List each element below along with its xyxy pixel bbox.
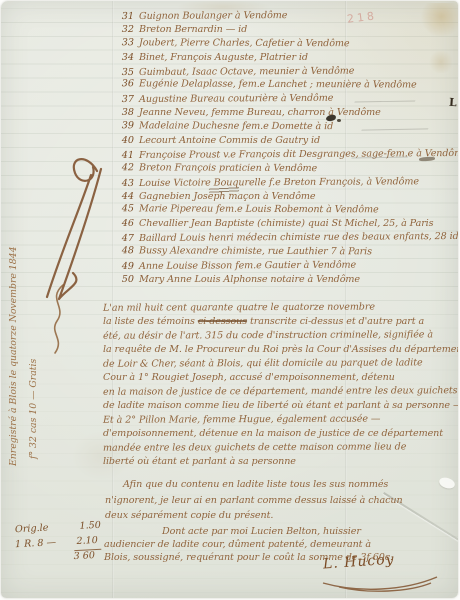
closing-line: Dont acte par moi Lucien Belton, huissie…	[162, 525, 393, 538]
deed-line: Cour à 1° Rougiet Joseph, accusé d'empoi…	[103, 371, 455, 385]
pencil-annotation	[351, 153, 410, 159]
witness-text: Guignon Boulanger à Vendôme	[139, 10, 287, 22]
witness-text: Bussy Alexandre chimiste, rue Lauthier 7…	[139, 245, 372, 257]
signature-flourish-icon	[319, 567, 449, 593]
witness-number: 37	[117, 94, 134, 105]
deed-paragraph: L'an mil huit cent quarante quatre le qu…	[103, 301, 455, 469]
witness-entry: 46 Chevallier Jean Baptiste (chimiste) q…	[117, 218, 458, 232]
witness-text: Breton Bernardin — id	[139, 24, 247, 35]
witness-number: 36	[117, 79, 134, 90]
witness-text: Madelaine Duchesne fem.e Domette à id	[139, 120, 333, 132]
deed-text: la liste des témoins	[103, 316, 198, 327]
service-line: n'ignorent, je leur ai en parlant comme …	[105, 493, 403, 509]
deed-line: d'empoisonnement, détenue en la maison d…	[103, 427, 455, 441]
witness-entry: 33 Joubert, Pierre Charles, Cafetier à V…	[117, 37, 458, 52]
witness-text: Joubert, Pierre Charles, Cafetier à Vend…	[139, 37, 349, 49]
deed-line: Et à 2° Pillon Marie, femme Hugue, égale…	[103, 412, 455, 428]
witness-entry: 40 Lecourt Antoine Commis de Gautry id	[117, 135, 458, 149]
witness-number: 31	[117, 11, 134, 22]
witness-entry: 44 Gagnebien Joseph maçon à Vendôme	[117, 191, 458, 205]
witness-number: 32	[117, 24, 134, 35]
witness-text: Eugénie Delaplasse, fem.e Lanchet ; meun…	[139, 79, 417, 91]
witness-number: 35	[117, 67, 134, 78]
deed-line: en la maison de justice de ce départemen…	[103, 384, 455, 400]
deed-line-with-strikeout: la liste des témoins ci-dessous transcri…	[103, 315, 455, 329]
deed-line: mandée entre les deux guichets de cette …	[103, 440, 455, 456]
witness-entry: 49 Anne Louise Bisson fem.e Gautier à Ve…	[117, 259, 458, 275]
witness-text: Lecourt Antoine Commis de Gautry id	[139, 135, 320, 146]
witness-text: Françoise Proust v.e François dit Desgra…	[139, 148, 458, 161]
witness-text: Louise Victoire Bouqurelle f.e Breton Fr…	[139, 176, 419, 189]
witness-text: Mary Anne Louis Alphonse notaire à Vendô…	[139, 274, 360, 285]
service-paragraph: Afin que du contenu en ladite liste tous…	[105, 477, 403, 524]
margin-check-mark: L	[449, 96, 458, 110]
fee-calculation: Orig.le 1.50 1 R. 8 — 2.10 3 60	[15, 522, 101, 563]
deed-line: de ladite maison comme lieu de liberté o…	[103, 399, 455, 413]
manuscript-page: 218 31 Guignon Boulanger à Vendôme 32 Br…	[1, 1, 458, 598]
witness-text: Augustine Bureau couturière à Vendôme	[139, 93, 333, 105]
fee-value: 1.50	[79, 520, 101, 536]
registration-note: Enregistré à Blois le quatorze Novembre …	[8, 166, 19, 466]
witness-entry: 38 Jeanne Neveu, femme Bureau, charron à…	[117, 107, 458, 121]
witness-number: 40	[117, 135, 134, 146]
witness-number: 39	[117, 120, 134, 131]
witness-entry: 45 Marie Pipereau fem.e Louis Robemont à…	[117, 204, 458, 219]
witness-text: Marie Pipereau fem.e Louis Robemont à Ve…	[139, 204, 379, 216]
deed-line: liberté où étant et parlant à sa personn…	[103, 455, 455, 469]
closing-line: audiencier de ladite cour, dûment patent…	[104, 538, 393, 551]
paraph-loop-icon	[37, 281, 77, 359]
witness-number: 34	[117, 52, 134, 63]
ink-blot	[337, 119, 341, 122]
witness-entry: 43 Louise Victoire Bouqurelle f.e Breton…	[117, 176, 458, 192]
deed-line: été, au désir de l'art. 315 du code d'in…	[103, 328, 455, 344]
witness-list: 31 Guignon Boulanger à Vendôme 32 Breton…	[117, 10, 458, 288]
fee-value: 2.10	[73, 535, 101, 551]
deed-line: la requête de M. le Procureur du Roi prè…	[103, 343, 455, 357]
witness-number: 38	[117, 107, 134, 118]
deed-text: transcrite ci-dessus et d'autre part a	[247, 316, 424, 327]
witness-text: Jeanne Neveu, femme Bureau, charron à Ve…	[139, 107, 381, 118]
witness-text: Guimbaut, Isaac Octave, meunier à Vendôm…	[139, 65, 354, 77]
witness-entry: 42 Breton François praticien à Vendôme	[117, 162, 458, 177]
deed-line: L'an mil huit cent quarante quatre le qu…	[103, 300, 455, 316]
service-line: Afin que du contenu en ladite liste tous…	[123, 477, 403, 493]
witness-entry: 32 Breton Bernardin — id	[117, 24, 458, 38]
witness-text: Chevallier Jean Baptiste (chimiste) quai…	[139, 218, 433, 229]
witness-entry: 50 Mary Anne Louis Alphonse notaire à Ve…	[117, 274, 458, 288]
struck-word: ci-dessous	[198, 316, 247, 327]
deed-line: de Loir & Cher, séant à Blois, qui élit …	[103, 356, 455, 372]
witness-text: Breton François praticien à Vendôme	[139, 162, 317, 174]
witness-text: Baillard Louis henri médecin chimiste ru…	[139, 231, 458, 244]
witness-number: 33	[117, 37, 134, 48]
service-line: deux séparément copie du présent.	[105, 508, 403, 524]
witness-entry: 31 Guignon Boulanger à Vendôme	[117, 9, 458, 25]
witness-text: Binet, François Auguste, Platrier id	[139, 52, 308, 63]
witness-text: Anne Louise Bisson fem.e Gautier à Vendô…	[139, 260, 356, 272]
witness-entry: 34 Binet, François Auguste, Platrier id	[117, 52, 458, 66]
paper-damage	[438, 476, 456, 490]
